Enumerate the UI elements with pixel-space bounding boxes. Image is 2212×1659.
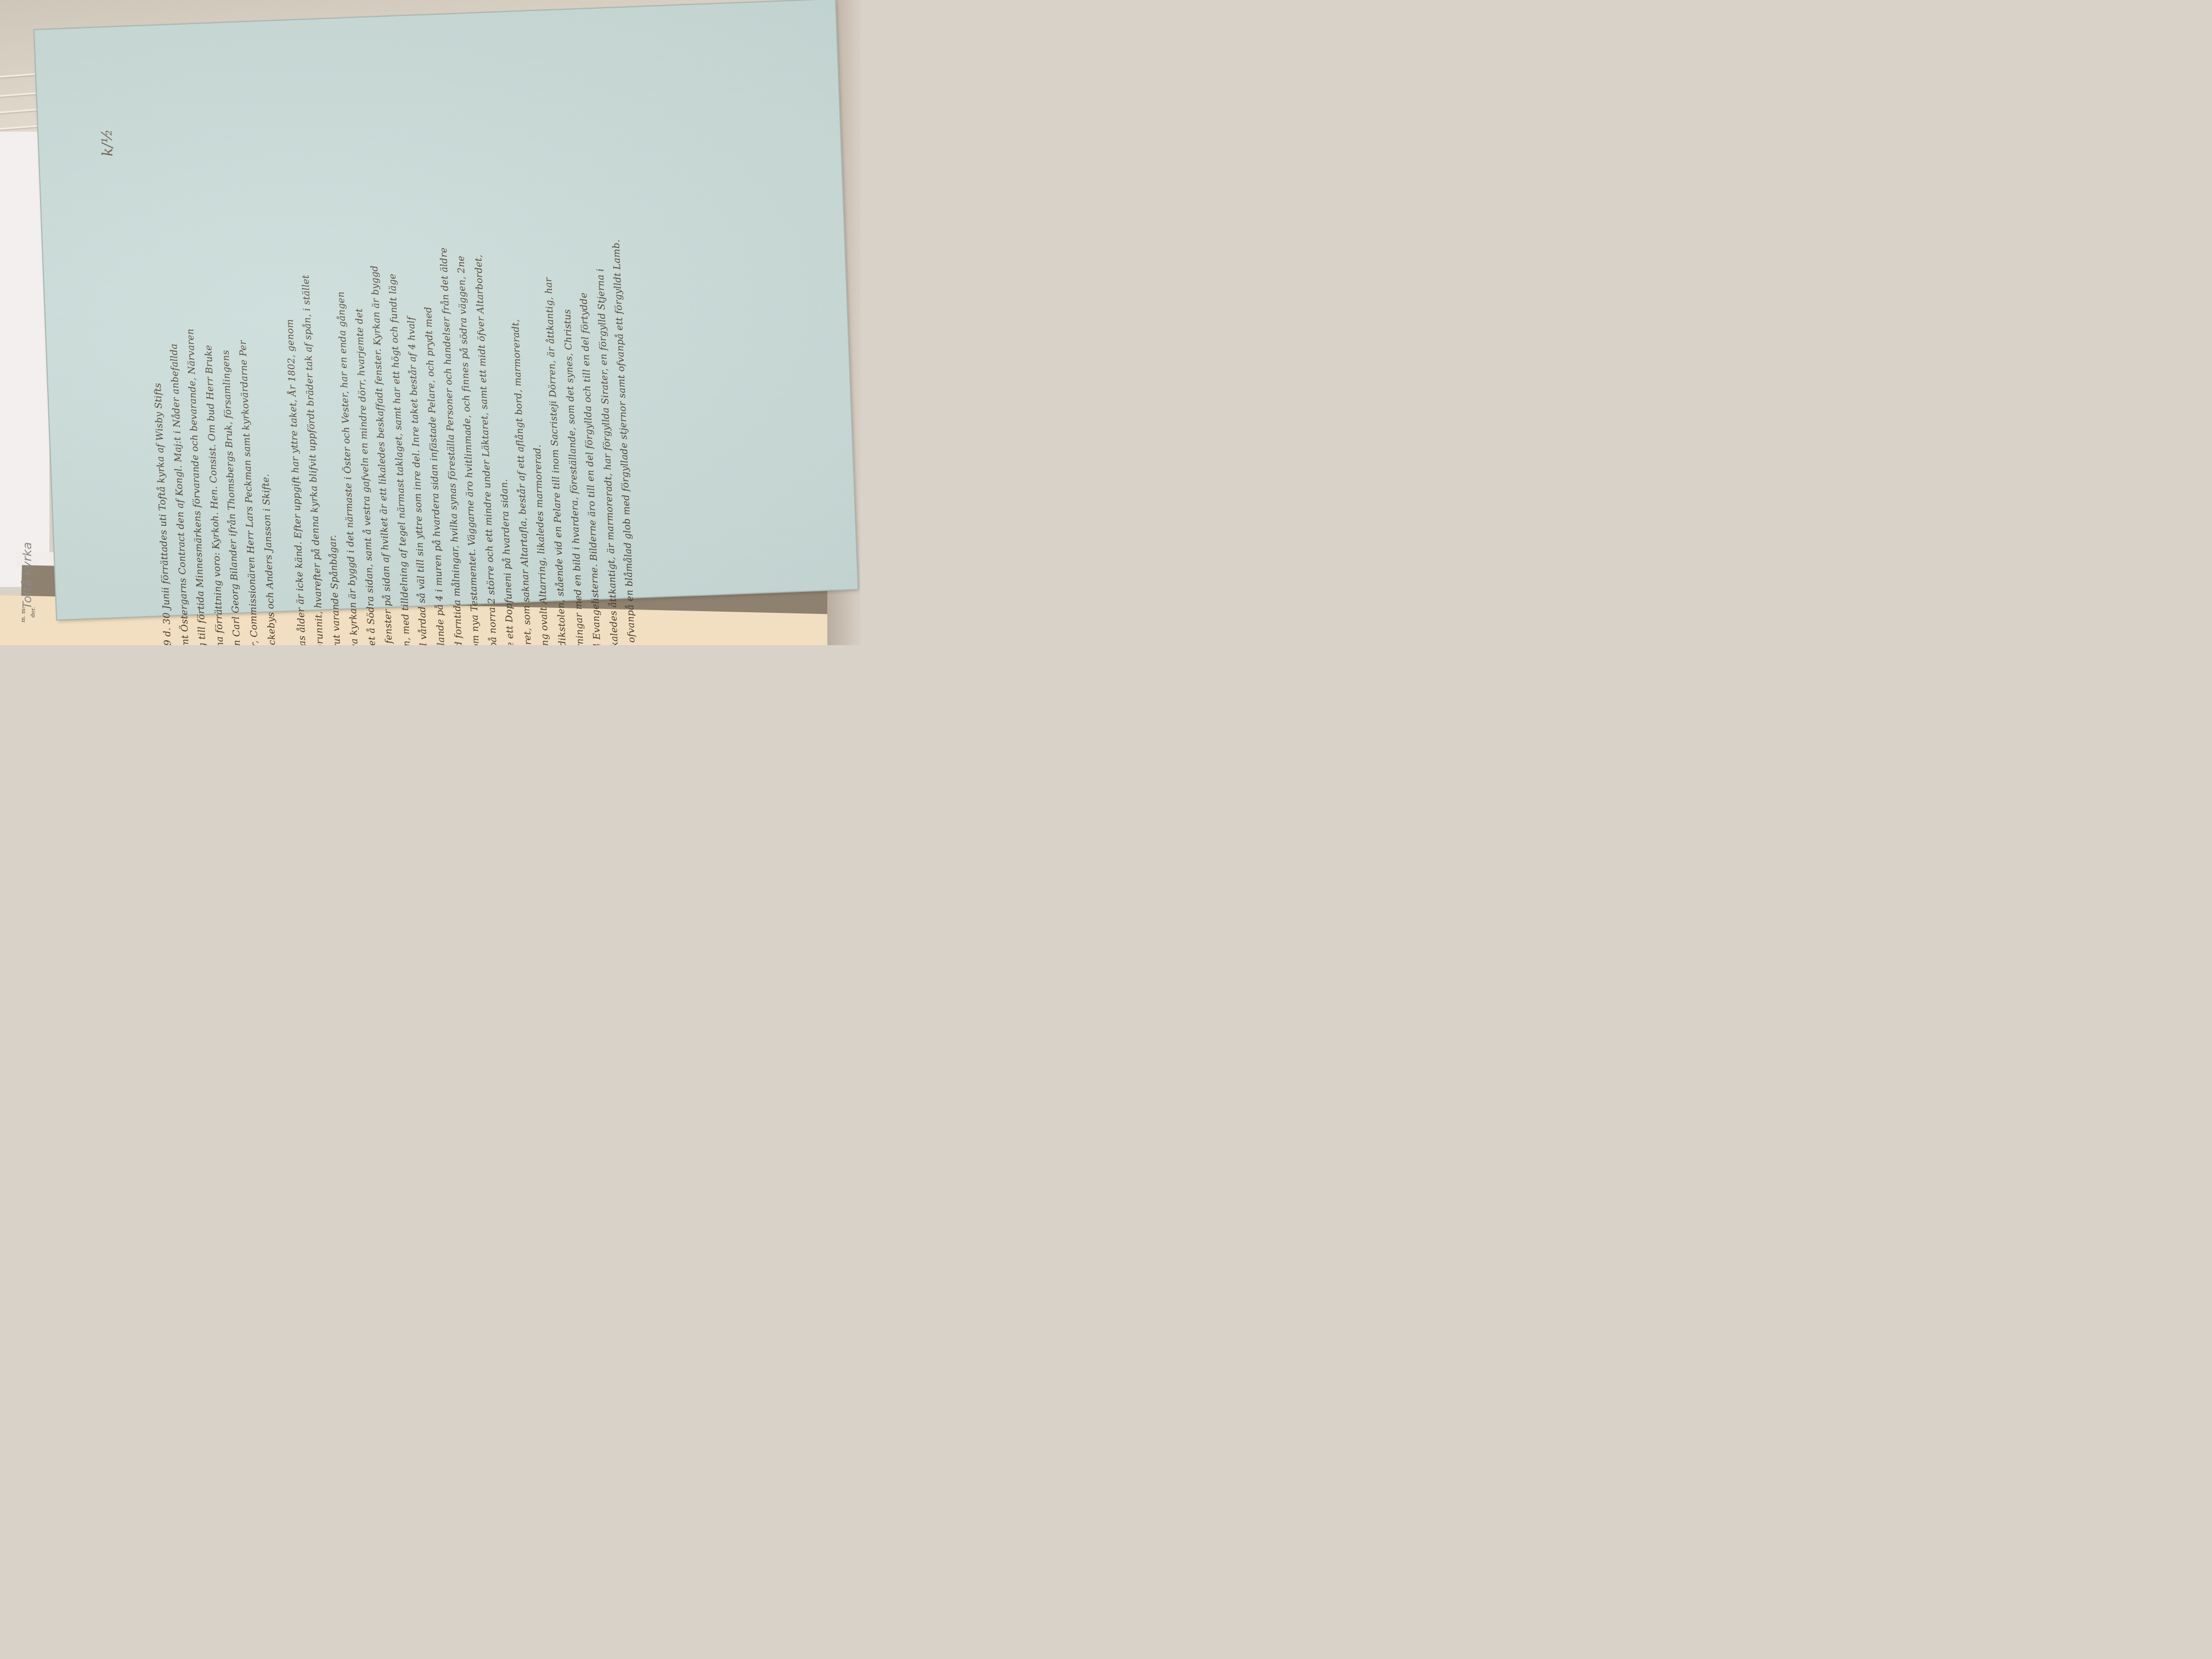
paragraph-1: År 1829 d. 30 Junii förrättades uti Toft… xyxy=(143,202,284,645)
paragraph-3: Sjelfva kyrkan är byggd i det närmaste i… xyxy=(329,195,487,645)
folio-mark: k/½ xyxy=(99,129,116,157)
pencil-annotation: Toftå kyrka xyxy=(21,542,35,609)
manuscript-text: År 1829 d. 30 Junii förrättades uti Toft… xyxy=(143,183,793,645)
book-text-fragment: m. m. xyxy=(20,607,27,623)
manuscript-sheet: k/½ År 1829 d. 30 Junii förrättades uti … xyxy=(35,0,857,619)
paragraph-7: Predikstolen, stående vid en Pelare till… xyxy=(537,189,642,645)
